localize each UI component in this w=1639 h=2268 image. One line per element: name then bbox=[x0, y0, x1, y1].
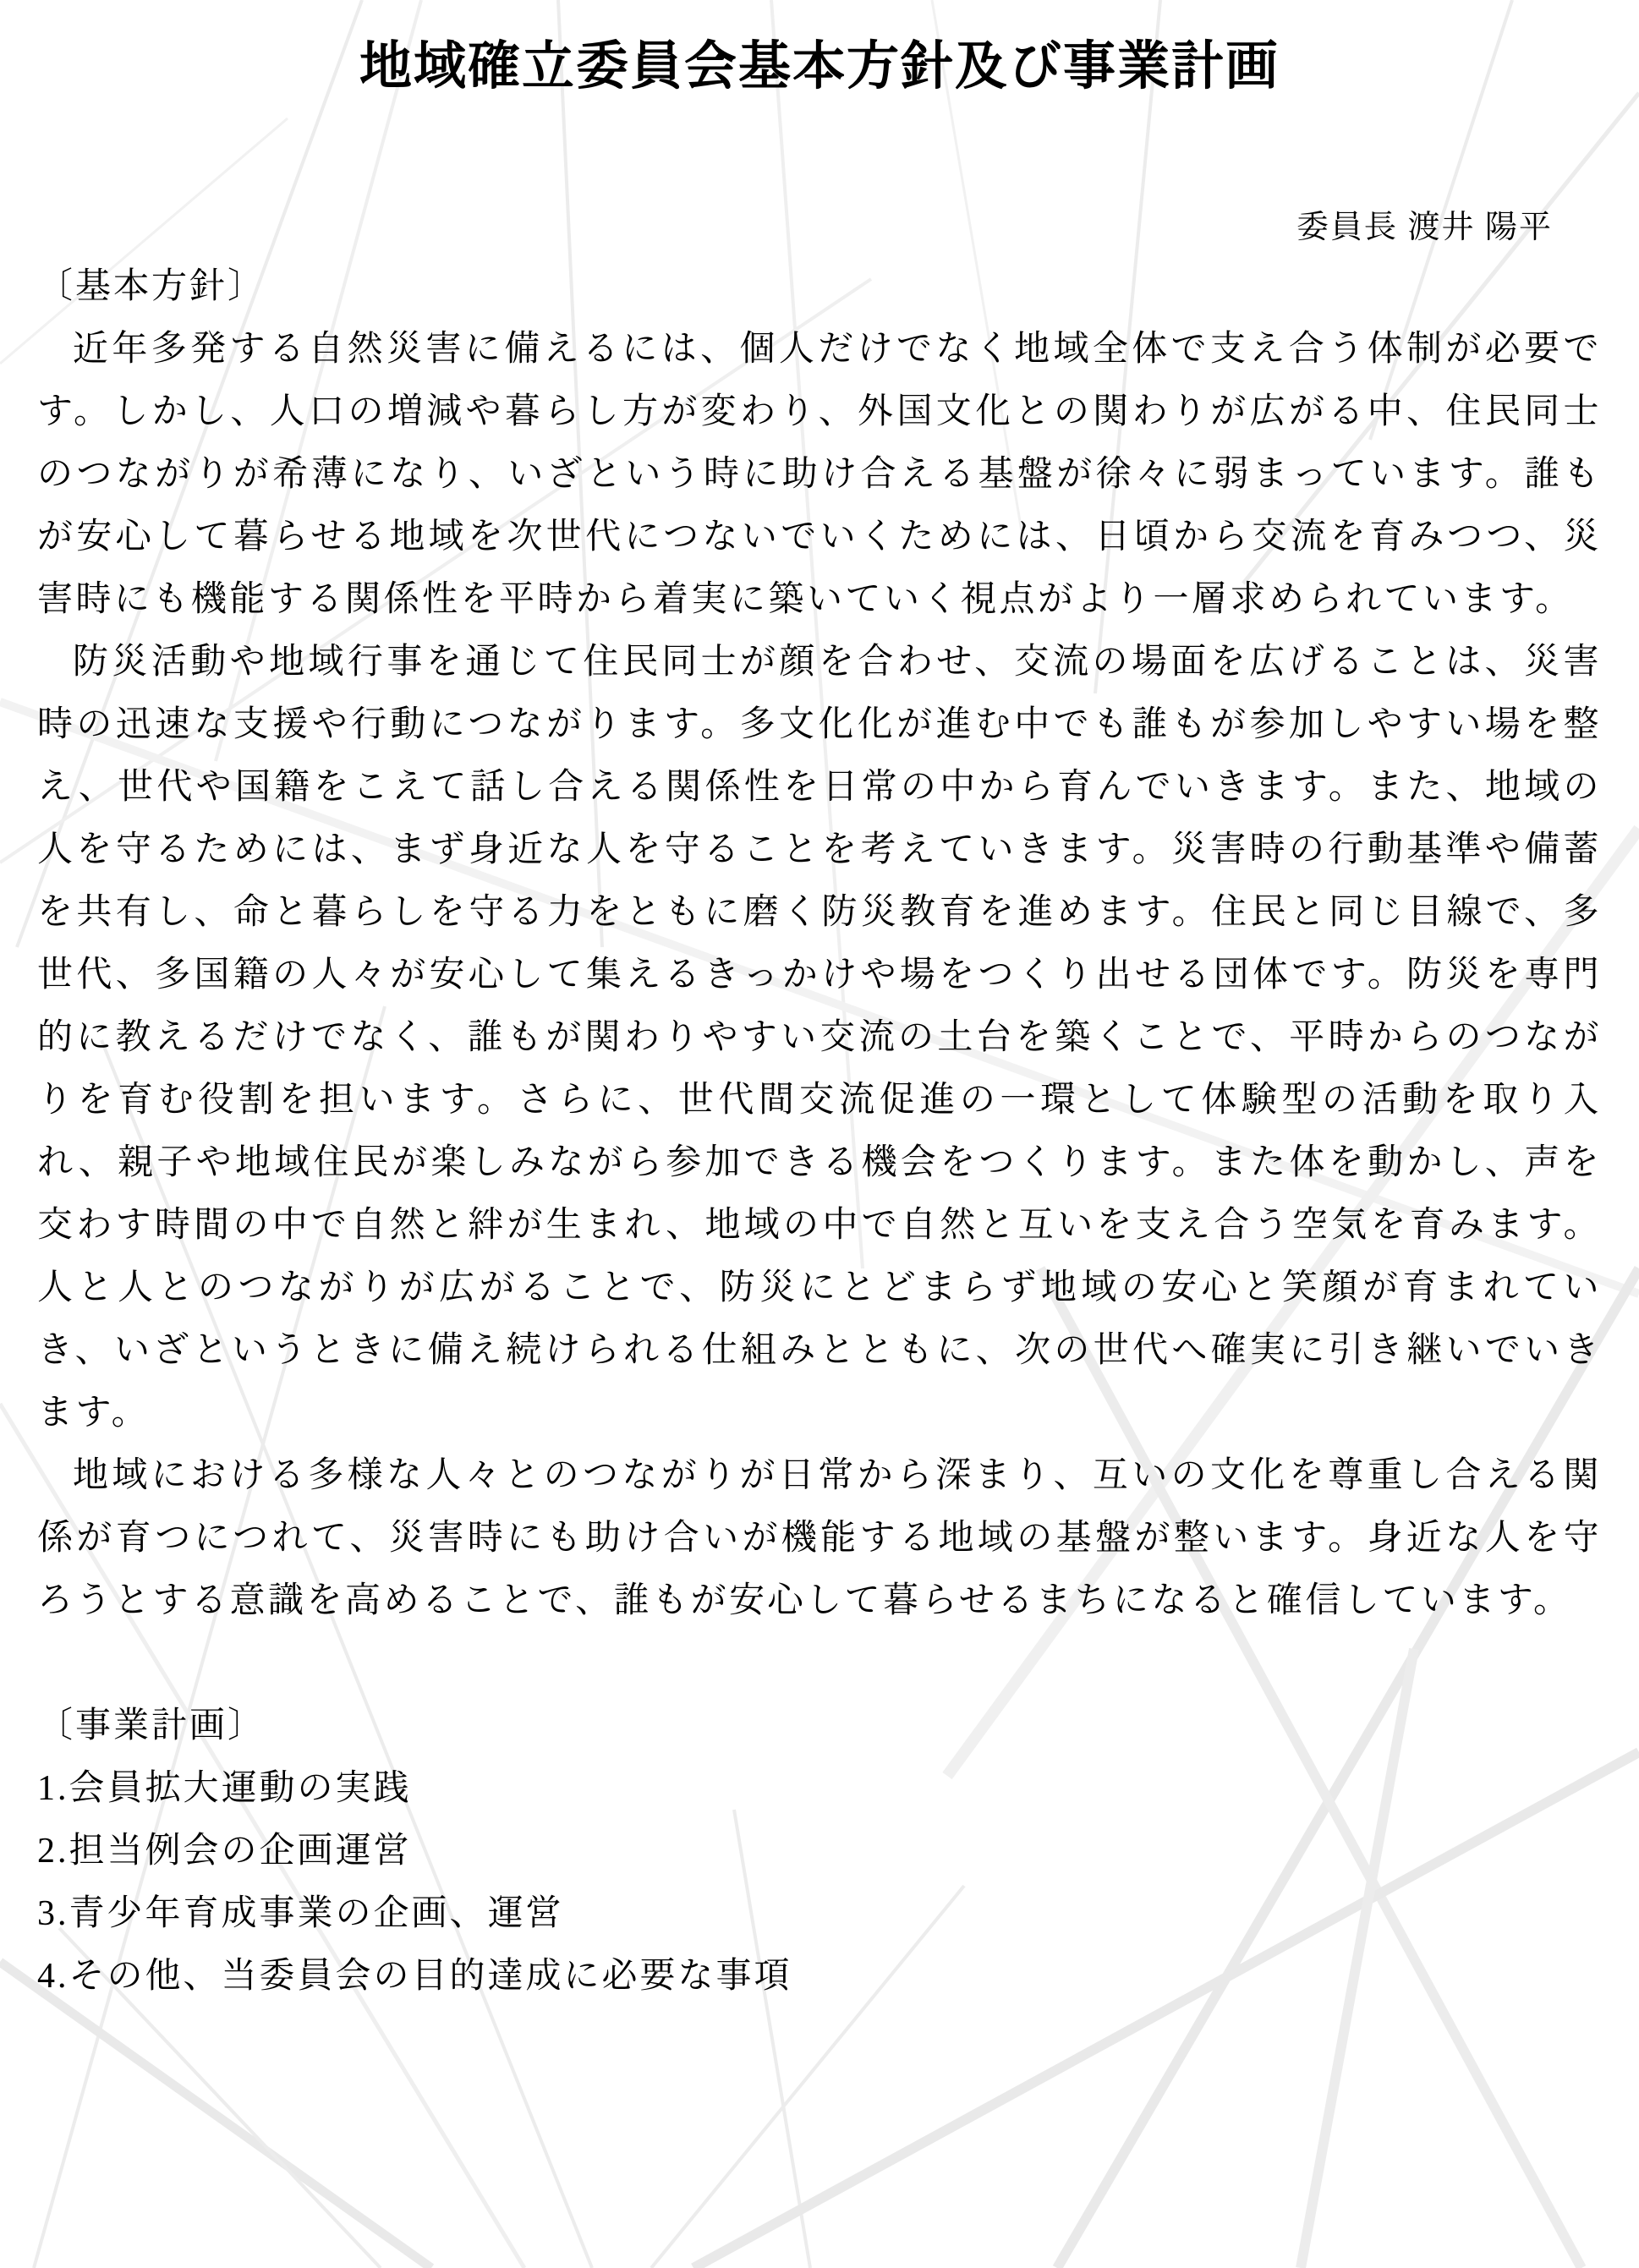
basic-policy-heading: 〔基本方針〕 bbox=[37, 255, 1602, 318]
basic-policy-paragraph-3: 地域における多様な人々とのつながりが日常から深まり、互いの文化を尊重し合える関係… bbox=[37, 1444, 1602, 1632]
basic-policy-paragraph-1: 近年多発する自然災害に備えるには、個人だけでなく地域全体で支え合う体制が必要です… bbox=[37, 318, 1602, 631]
document-content: 地域確立委員会基本方針及び事業計画 委員長 渡井 陽平 〔基本方針〕 近年多発す… bbox=[0, 0, 1639, 2268]
plan-item-4: 4.その他、当委員会の目的達成に必要な事項 bbox=[37, 1945, 1602, 2008]
business-plan-heading: 〔事業計画〕 bbox=[37, 1695, 1602, 1757]
basic-policy-paragraph-2: 防災活動や地域行事を通じて住民同士が顔を合わせ、交流の場面を広げることは、災害時… bbox=[37, 631, 1602, 1444]
plan-item-2: 2.担当例会の企画運営 bbox=[37, 1820, 1602, 1882]
plan-item-1: 1.会員拡大運動の実践 bbox=[37, 1757, 1602, 1820]
chairman-byline: 委員長 渡井 陽平 bbox=[37, 200, 1602, 247]
plan-item-3: 3.青少年育成事業の企画、運営 bbox=[37, 1882, 1602, 1945]
business-plan-list: 1.会員拡大運動の実践 2.担当例会の企画運営 3.青少年育成事業の企画、運営 … bbox=[37, 1757, 1602, 2008]
section-spacer bbox=[37, 1632, 1602, 1695]
document-page: 地域確立委員会基本方針及び事業計画 委員長 渡井 陽平 〔基本方針〕 近年多発す… bbox=[0, 0, 1639, 2268]
document-title: 地域確立委員会基本方針及び事業計画 bbox=[37, 37, 1602, 97]
